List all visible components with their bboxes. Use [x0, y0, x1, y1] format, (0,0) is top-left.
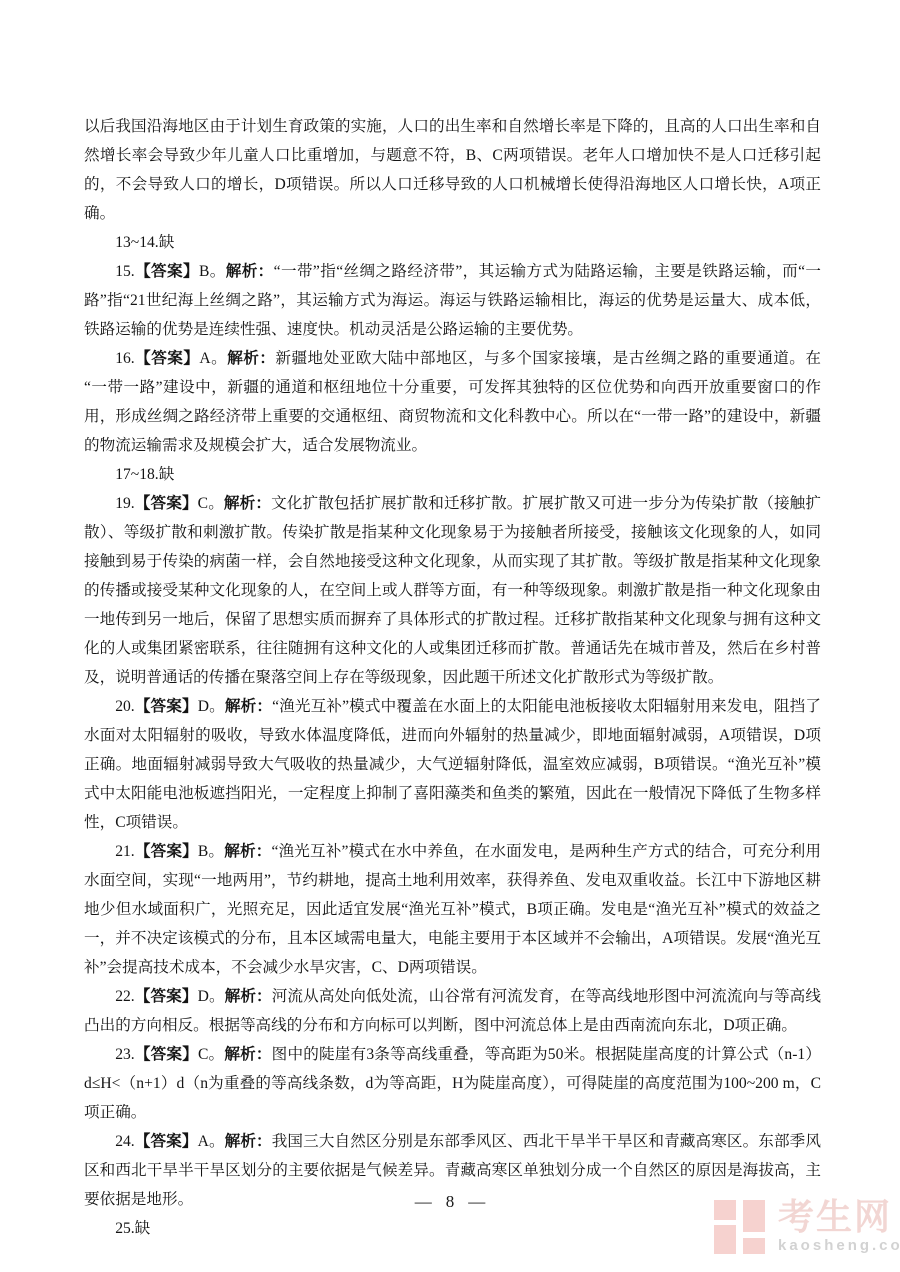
question-number: 24. — [115, 1133, 135, 1150]
answer-period: 。 — [208, 495, 224, 512]
answer-period: 。 — [209, 1133, 225, 1150]
continuation-paragraph: 以后我国沿海地区由于计划生育政策的实施，人口的出生率和自然增长率是下降的，且高的… — [84, 112, 821, 228]
answer-item-19: 19.【答案】C。解析：文化扩散包括扩展扩散和迁移扩散。扩展扩散又可进一步分为传… — [84, 489, 821, 692]
answer-letter: D — [198, 698, 209, 715]
answer-item-15: 15.【答案】B。解析：“一带”指“丝绸之路经济带”，其运输方式为陆路运输，主要… — [84, 257, 821, 344]
analysis-text: “渔光互补”模式在水中养鱼，在水面发电，是两种生产方式的结合，可充分利用水面空间… — [84, 843, 821, 976]
brand-domain: kaosheng.com — [778, 1236, 900, 1256]
logo-block-bottom-right — [743, 1238, 765, 1254]
analysis-label: 解析： — [225, 988, 272, 1005]
answer-letter: B — [198, 843, 208, 860]
answer-item-21: 21.【答案】B。解析：“渔光互补”模式在水中养鱼，在水面发电，是两种生产方式的… — [84, 837, 821, 982]
answer-label: 【答案】 — [135, 1133, 198, 1150]
answer-period: 。 — [209, 698, 225, 715]
answer-letter: C — [198, 1046, 208, 1063]
answer-period: 。 — [209, 263, 225, 280]
answer-item-20: 20.【答案】D。解析：“渔光互补”模式中覆盖在水面上的太阳能电池板接收太阳辐射… — [84, 692, 821, 837]
logo-block-top-left — [714, 1200, 736, 1220]
answer-letter: D — [198, 988, 209, 1005]
missing-entry-17-18: 17~18.缺 — [84, 460, 821, 489]
question-number: 22. — [115, 988, 135, 1005]
answer-label: 【答案】 — [135, 350, 200, 367]
answer-letter: A — [199, 350, 210, 367]
document-page: { "labels": { "answer": "【答案】", "period"… — [0, 0, 900, 1272]
answer-letter: C — [198, 495, 208, 512]
answer-letter: B — [199, 263, 209, 280]
logo-block-bottom-left — [714, 1225, 736, 1254]
analysis-label: 解析： — [224, 495, 271, 512]
answer-label: 【答案】 — [135, 698, 198, 715]
question-number: 16. — [115, 350, 135, 367]
answer-period: 。 — [208, 1046, 224, 1063]
answer-label: 【答案】 — [135, 843, 198, 860]
missing-entry-25: 25.缺 — [84, 1214, 821, 1243]
brand-name: 考生网 — [778, 1198, 900, 1236]
answer-period: 。 — [211, 350, 228, 367]
missing-entry-13-14: 13~14.缺 — [84, 228, 821, 257]
page-number: 8 — [446, 1192, 455, 1211]
answer-period: 。 — [208, 843, 224, 860]
kaosheng-logo-icon — [712, 1198, 770, 1256]
answer-label: 【答案】 — [135, 263, 199, 280]
analysis-label: 解析： — [227, 350, 275, 367]
answer-key-text-column: 以后我国沿海地区由于计划生育政策的实施，人口的出生率和自然增长率是下降的，且高的… — [84, 112, 821, 1243]
footer-dash-left: — — [415, 1192, 432, 1211]
analysis-label: 解析： — [224, 843, 271, 860]
logo-block-top-right — [743, 1200, 765, 1232]
question-number: 23. — [115, 1046, 135, 1063]
analysis-text: 文化扩散包括扩展扩散和迁移扩散。扩展扩散又可进一步分为传染扩散（接触扩散）、等级… — [84, 495, 821, 686]
question-number: 20. — [115, 698, 135, 715]
analysis-label: 解析： — [224, 1046, 271, 1063]
watermark-text: 考生网 kaosheng.com — [778, 1198, 900, 1256]
analysis-label: 解析： — [226, 263, 274, 280]
answer-label: 【答案】 — [135, 988, 198, 1005]
kaosheng-watermark: 考生网 kaosheng.com — [712, 1198, 900, 1256]
answer-item-23: 23.【答案】C。解析：图中的陡崖有3条等高线重叠，等高距为50米。根据陡崖高度… — [84, 1040, 821, 1127]
question-number: 15. — [115, 263, 135, 280]
answer-item-22: 22.【答案】D。解析：河流从高处向低处流，山谷常有河流发育，在等高线地形图中河… — [84, 982, 821, 1040]
answer-label: 【答案】 — [135, 495, 198, 512]
analysis-label: 解析： — [225, 698, 272, 715]
footer-dash-right: — — [468, 1192, 485, 1211]
analysis-text: “渔光互补”模式中覆盖在水面上的太阳能电池板接收太阳辐射用来发电，阻挡了水面对太… — [84, 698, 821, 831]
question-number: 19. — [115, 495, 135, 512]
answer-letter: A — [198, 1133, 209, 1150]
answer-item-16: 16.【答案】A。解析：新疆地处亚欧大陆中部地区，与多个国家接壤，是古丝绸之路的… — [84, 344, 821, 460]
answer-period: 。 — [209, 988, 225, 1005]
question-number: 21. — [115, 843, 135, 860]
analysis-label: 解析： — [225, 1133, 272, 1150]
answer-label: 【答案】 — [135, 1046, 198, 1063]
